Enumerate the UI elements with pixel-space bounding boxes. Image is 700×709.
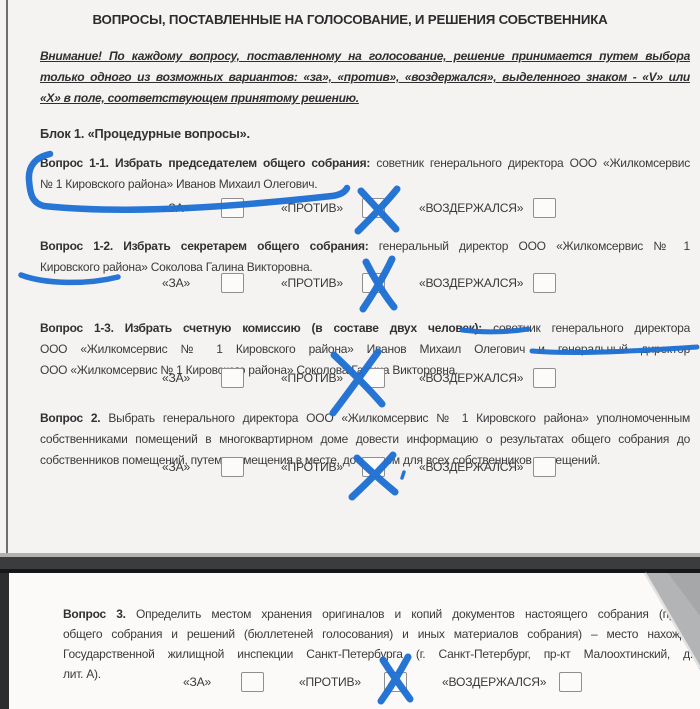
question-line: общего собрания и решений (бюллетеней го… bbox=[63, 624, 693, 644]
vote-row-q1-2: «ЗА» «ПРОТИВ» «ВОЗДЕРЖАЛСЯ» bbox=[0, 273, 700, 297]
checkbox-protiv[interactable] bbox=[362, 273, 385, 293]
scanned-ballot-screenshot: ВОПРОСЫ, ПОСТАВЛЕННЫЕ НА ГОЛОСОВАНИЕ, И … bbox=[0, 0, 700, 709]
checkbox-za[interactable] bbox=[221, 273, 244, 293]
warning-line: только одного из возможных вариантов: «з… bbox=[40, 67, 690, 88]
label-protiv: «ПРОТИВ» bbox=[281, 276, 343, 290]
question-text: № 1 Кировского района» Иванов Михаил Оле… bbox=[40, 177, 317, 191]
vote-row-q2: «ЗА» «ПРОТИВ» «ВОЗДЕРЖАЛСЯ» bbox=[0, 457, 700, 481]
label-protiv: «ПРОТИВ» bbox=[299, 675, 361, 689]
label-za: «ЗА» bbox=[162, 460, 190, 474]
label-vozderzhalsya: «ВОЗДЕРЖАЛСЯ» bbox=[419, 371, 523, 385]
question-line: Вопрос 3. Определить местом хранения ори… bbox=[63, 604, 693, 624]
question-line: собственниками помещений в многоквартирн… bbox=[40, 429, 690, 450]
label-vozderzhalsya: «ВОЗДЕРЖАЛСЯ» bbox=[442, 675, 546, 689]
question-text: Определить местом хранения оригиналов и … bbox=[126, 607, 693, 621]
label-za: «ЗА» bbox=[162, 371, 190, 385]
question-text: советник генерального директора ООО «Жил… bbox=[370, 156, 690, 170]
vote-row-q1-1: «ЗА» «ПРОТИВ» «ВОЗДЕРЖАЛСЯ» bbox=[0, 198, 700, 222]
label-za: «ЗА» bbox=[162, 276, 190, 290]
question-text: Кировского района» Соколова Галина Викто… bbox=[40, 260, 313, 274]
label-vozderzhalsya: «ВОЗДЕРЖАЛСЯ» bbox=[419, 276, 523, 290]
question-line: Вопрос 1-2. Избрать секретарем общего со… bbox=[40, 236, 690, 257]
checkbox-protiv[interactable] bbox=[362, 198, 385, 218]
question-lead: Вопрос 1-3. Избрать счетную комиссию (в … bbox=[40, 321, 482, 335]
warning-line: Внимание! По каждому вопросу, поставленн… bbox=[40, 46, 690, 67]
question-text: собственниками помещений в многоквартирн… bbox=[40, 432, 690, 446]
block-1-heading: Блок 1. «Процедурные вопросы». bbox=[40, 126, 690, 141]
question-line: Вопрос 2. Выбрать генерального директора… bbox=[40, 408, 690, 429]
checkbox-vozderzhalsya[interactable] bbox=[533, 198, 556, 218]
question-line: ООО «Жилкомсервис № 1 Кировского района»… bbox=[40, 339, 690, 360]
label-protiv: «ПРОТИВ» bbox=[281, 460, 343, 474]
question-line: Государственной жилищной инспекции Санкт… bbox=[63, 644, 693, 664]
question-lead: Вопрос 1-2. Избрать секретарем общего со… bbox=[40, 239, 368, 253]
checkbox-protiv[interactable] bbox=[362, 457, 385, 477]
question-1-1: Вопрос 1-1. Избрать председателем общего… bbox=[40, 153, 690, 195]
checkbox-za[interactable] bbox=[221, 457, 244, 477]
label-za: «ЗА» bbox=[183, 675, 211, 689]
question-text: Государственной жилищной инспекции Санкт… bbox=[63, 647, 693, 661]
label-protiv: «ПРОТИВ» bbox=[281, 371, 343, 385]
vote-row-q1-3: «ЗА» «ПРОТИВ» «ВОЗДЕРЖАЛСЯ» bbox=[0, 368, 700, 392]
label-za: «ЗА» bbox=[162, 201, 190, 215]
vote-row-q3: «ЗА» «ПРОТИВ» «ВОЗДЕРЖАЛСЯ» bbox=[0, 672, 700, 696]
label-protiv: «ПРОТИВ» bbox=[281, 201, 343, 215]
question-text: советник генерального директора bbox=[482, 321, 690, 335]
checkbox-za[interactable] bbox=[221, 368, 244, 388]
checkbox-vozderzhalsya[interactable] bbox=[533, 368, 556, 388]
checkbox-vozderzhalsya[interactable] bbox=[533, 273, 556, 293]
question-lead: Вопрос 3. bbox=[63, 607, 126, 621]
page-edge-band bbox=[0, 557, 700, 569]
question-lead: Вопрос 1-1. Избрать председателем общего… bbox=[40, 156, 370, 170]
question-text: генеральный директор ООО «Жилкомсервис №… bbox=[368, 239, 690, 253]
label-vozderzhalsya: «ВОЗДЕРЖАЛСЯ» bbox=[419, 460, 523, 474]
question-text: Выбрать генерального директора ООО «Жилк… bbox=[100, 411, 690, 425]
question-line: № 1 Кировского района» Иванов Михаил Оле… bbox=[40, 174, 690, 195]
checkbox-vozderzhalsya[interactable] bbox=[559, 672, 582, 692]
warning-paragraph: Внимание! По каждому вопросу, поставленн… bbox=[40, 46, 690, 109]
question-text: общего собрания и решений (бюллетеней го… bbox=[63, 627, 693, 641]
question-text: ООО «Жилкомсервис № 1 Кировского района»… bbox=[40, 342, 690, 356]
checkbox-protiv[interactable] bbox=[362, 368, 385, 388]
question-1-2: Вопрос 1-2. Избрать секретарем общего со… bbox=[40, 236, 690, 278]
question-line: Вопрос 1-3. Избрать счетную комиссию (в … bbox=[40, 318, 690, 339]
question-line: Вопрос 1-1. Избрать председателем общего… bbox=[40, 153, 690, 174]
question-lead: Вопрос 2. bbox=[40, 411, 100, 425]
checkbox-za[interactable] bbox=[241, 672, 264, 692]
document-title: ВОПРОСЫ, ПОСТАВЛЕННЫЕ НА ГОЛОСОВАНИЕ, И … bbox=[0, 12, 700, 27]
label-vozderzhalsya: «ВОЗДЕРЖАЛСЯ» bbox=[419, 201, 523, 215]
warning-line: «Х» в поле, соответствующем принятому ре… bbox=[40, 88, 690, 109]
checkbox-za[interactable] bbox=[221, 198, 244, 218]
checkbox-protiv[interactable] bbox=[384, 672, 407, 692]
checkbox-vozderzhalsya[interactable] bbox=[533, 457, 556, 477]
